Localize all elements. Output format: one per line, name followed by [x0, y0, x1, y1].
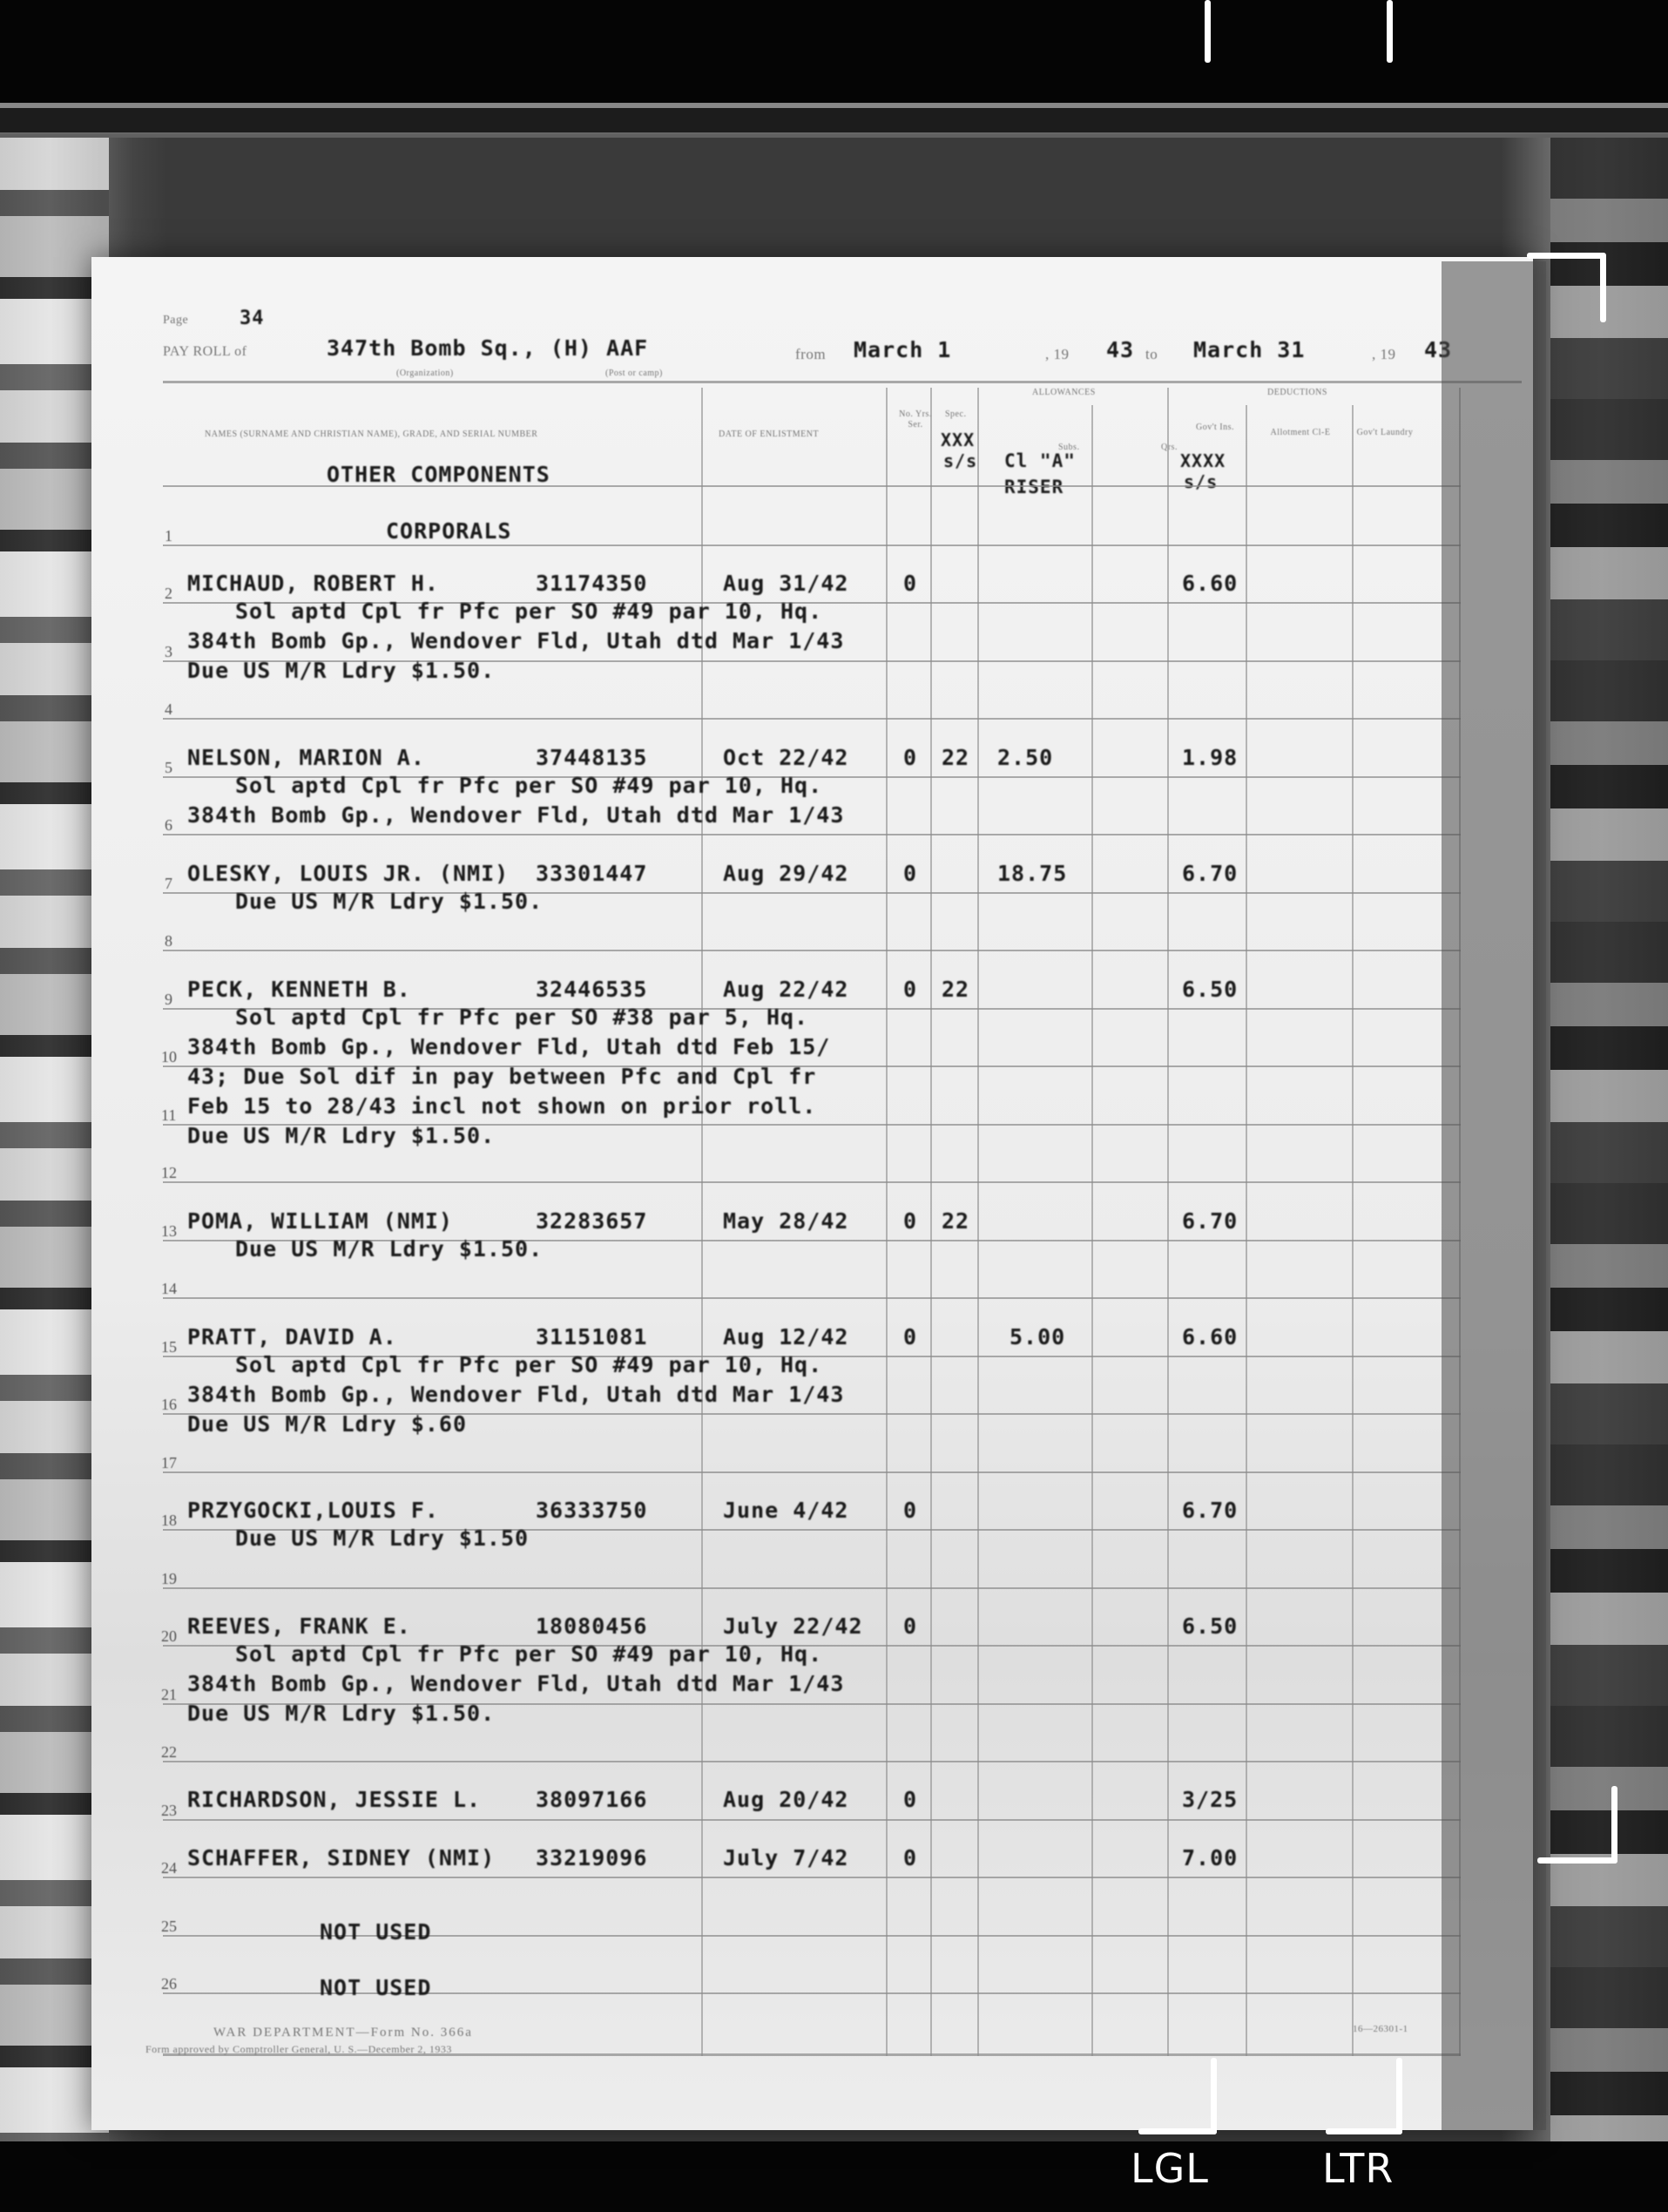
film-edge-line [0, 132, 1668, 138]
entry-remark: Due US M/R Ldry $1.50 [235, 1525, 529, 1551]
row-number: 4 [165, 700, 172, 719]
entry-ins: 6.70 [1182, 1498, 1238, 1523]
organization: 347th Bomb Sq., (H) AAF [327, 335, 648, 361]
grid-line [163, 1877, 1461, 1878]
ltr-bracket [1326, 2128, 1402, 2134]
entry-name: RICHARDSON, JESSIE L. [187, 1787, 481, 1812]
row-number: 11 [161, 1106, 176, 1125]
entry-serial: 36333750 [536, 1498, 647, 1523]
col-yrs-header: No. Yrs. Ser. [898, 409, 933, 430]
row-number: 16 [161, 1396, 177, 1414]
section-title: OTHER COMPONENTS [327, 462, 550, 487]
col-enlistment-header: DATE OF ENLISTMENT [719, 430, 819, 439]
post-sublabel: (Post or camp) [605, 369, 663, 378]
entry-ins: 3/25 [1182, 1787, 1238, 1812]
entry-subs: 5.00 [1010, 1324, 1065, 1350]
row-number: 23 [161, 1802, 177, 1820]
entry-remark: 384th Bomb Gp., Wendover Fld, Utah dtd F… [187, 1034, 830, 1059]
deductions-header: DEDUCTIONS [1267, 388, 1327, 397]
entry-name: PECK, KENNETH B. [187, 977, 411, 1002]
row-number: 13 [161, 1222, 177, 1241]
ltr-top-tick [1387, 0, 1393, 63]
entry-enlisted: Aug 22/42 [723, 977, 848, 1002]
crop-mark-top-right [1527, 253, 1605, 259]
entry-name: POMA, WILLIAM (NMI) [187, 1208, 453, 1234]
entry-enlisted: Aug 29/42 [723, 861, 848, 886]
lgl-bracket [1138, 2128, 1217, 2134]
entry-serial: 31174350 [536, 571, 647, 596]
entry-ins: 6.50 [1182, 977, 1238, 1002]
film-bottom-border [0, 2141, 1668, 2212]
entry-name: REEVES, FRANK E. [187, 1613, 411, 1639]
grid-line [163, 1587, 1461, 1589]
entry-remark: Sol aptd Cpl fr Pfc per SO #49 par 10, H… [235, 1641, 822, 1667]
entry-serial: 32446535 [536, 977, 647, 1002]
entry-enlisted: May 28/42 [723, 1208, 848, 1234]
grid-line [1167, 388, 1169, 2056]
grid-line [1246, 405, 1247, 2056]
row-number: 21 [161, 1686, 177, 1704]
col-qrs-header: Qrs. [1161, 443, 1178, 452]
entry-remark: Sol aptd Cpl fr Pfc per SO #49 par 10, H… [235, 599, 822, 624]
entry-enlisted: Aug 31/42 [723, 571, 848, 596]
grid-line [163, 1761, 1461, 1762]
entry-remark: Due US M/R Ldry $1.50. [187, 1123, 495, 1148]
film-right-edge [1550, 138, 1668, 2141]
entry-enlisted: Oct 22/42 [723, 745, 848, 770]
entry-name: OLESKY, LOUIS JR. (NMI) [187, 861, 509, 886]
entry-name: PRATT, DAVID A. [187, 1324, 397, 1350]
section-subtitle: CORPORALS [386, 518, 511, 544]
entry-name: SCHAFFER, SIDNEY (NMI) [187, 1845, 495, 1870]
entry-yrs: 0 [903, 1324, 917, 1350]
row-number: 10 [161, 1048, 177, 1066]
film-top-border [0, 0, 1668, 105]
entry-serial: 37448135 [536, 745, 647, 770]
entry-ins: 6.60 [1182, 571, 1238, 596]
entry-remark: Sol aptd Cpl fr Pfc per SO #49 par 10, H… [235, 1352, 822, 1377]
row-number: 24 [161, 1859, 177, 1877]
not-used-row-25: NOT USED [320, 1919, 431, 1945]
row-number: 9 [165, 991, 172, 1009]
entry-enlisted: Aug 12/42 [723, 1324, 848, 1350]
year-prefix-to: , 19 [1372, 346, 1396, 363]
entry-yrs: 0 [903, 1787, 917, 1812]
from-date: March 1 [854, 337, 951, 362]
entry-serial: 38097166 [536, 1787, 647, 1812]
entry-name: MICHAUD, ROBERT H. [187, 571, 439, 596]
form-approval: Form approved by Comptroller General, U.… [145, 2043, 452, 2056]
row-number: 7 [165, 875, 172, 893]
entry-ins: 6.70 [1182, 1208, 1238, 1234]
paper-right-shadow [1442, 261, 1546, 2130]
grid-line [1091, 405, 1093, 2056]
entry-yrs: 0 [903, 1498, 917, 1523]
entry-ins: 1.98 [1182, 745, 1238, 770]
entry-serial: 33219096 [536, 1845, 647, 1870]
entry-yrs: 0 [903, 977, 917, 1002]
entry-spec: 22 [942, 745, 969, 770]
entry-yrs: 0 [903, 861, 917, 886]
entry-remark: Sol aptd Cpl fr Pfc per SO #49 par 10, H… [235, 773, 822, 798]
entry-yrs: 0 [903, 571, 917, 596]
entry-ins: 7.00 [1182, 1845, 1238, 1870]
row-number: 20 [161, 1627, 177, 1646]
grid-line [977, 388, 979, 2056]
row-number: 15 [161, 1338, 177, 1356]
entry-remark: 384th Bomb Gp., Wendover Fld, Utah dtd M… [187, 1671, 844, 1696]
entry-remark: 384th Bomb Gp., Wendover Fld, Utah dtd M… [187, 802, 844, 828]
entry-enlisted: July 7/42 [723, 1845, 848, 1870]
entry-serial: 18080456 [536, 1613, 647, 1639]
row-number: 12 [161, 1164, 177, 1182]
org-sublabel: (Organization) [396, 369, 454, 378]
row-number: 17 [161, 1454, 177, 1472]
col-ins-typed: XXXX [1180, 450, 1226, 471]
row-number: 3 [165, 643, 172, 661]
film-dark-strip [0, 108, 1668, 134]
grid-line [163, 485, 1461, 487]
lgl-top-tick [1205, 0, 1211, 63]
col-ins-typed-2: s/s [1184, 471, 1218, 492]
row-number: 5 [165, 759, 172, 777]
page-label: Page [163, 314, 188, 328]
grid-line [1352, 405, 1354, 2056]
entry-yrs: 0 [903, 1613, 917, 1639]
payroll-sheet: Page 34 PAY ROLL of 347th Bomb Sq., (H) … [91, 257, 1533, 2130]
entry-serial: 32283657 [536, 1208, 647, 1234]
col-spec-typed: XXX [941, 430, 975, 450]
col-subs-typed: Cl "A" [1004, 450, 1076, 471]
row-number: 22 [161, 1743, 177, 1762]
col-ins-header: Gov't Ins. [1185, 423, 1246, 433]
col-allotment-header: Allotment Cl-E [1266, 428, 1335, 438]
form-title: WAR DEPARTMENT—Form No. 366a [213, 2026, 473, 2040]
entry-ins: 6.70 [1182, 861, 1238, 886]
from-label: from [795, 346, 826, 363]
entry-remark: Due US M/R Ldry $1.50. [187, 658, 495, 683]
to-label: to [1145, 346, 1158, 363]
row-number: 18 [161, 1512, 177, 1530]
entry-serial: 33301447 [536, 861, 647, 886]
entry-yrs: 0 [903, 1845, 917, 1870]
entry-enlisted: Aug 20/42 [723, 1787, 848, 1812]
col-spec-typed-2: s/s [943, 450, 977, 471]
entry-remark: Sol aptd Cpl fr Pfc per SO #38 par 5, Hq… [235, 1005, 808, 1030]
payroll-label: PAY ROLL of [163, 344, 246, 360]
entry-spec: 22 [942, 977, 969, 1002]
entry-name: PRZYGOCKI,LOUIS F. [187, 1498, 439, 1523]
header-rule [163, 381, 1522, 383]
row-number: 19 [161, 1570, 177, 1588]
grid-line [163, 1297, 1461, 1299]
col-names-header: NAMES (SURNAME AND CHRISTIAN NAME), GRAD… [205, 430, 537, 439]
entry-subs: 18.75 [997, 861, 1067, 886]
row-number: 8 [165, 932, 172, 950]
crop-mark-top-right [1600, 253, 1606, 322]
grid-line [163, 1181, 1461, 1183]
lgl-bracket [1211, 2058, 1217, 2134]
ltr-bracket [1396, 2058, 1402, 2134]
entry-yrs: 0 [903, 1208, 917, 1234]
row-number: 26 [161, 1975, 177, 1993]
col-spec-header: Spec. [945, 409, 966, 419]
entry-remark: Due US M/R Ldry $1.50. [235, 1236, 543, 1262]
form-code: 16—26301-1 [1353, 2024, 1408, 2034]
grid-line [163, 950, 1461, 951]
entry-yrs: 0 [903, 745, 917, 770]
row-number: 25 [161, 1918, 177, 1936]
grid-line [163, 718, 1461, 720]
entry-remark: Due US M/R Ldry $.60 [187, 1411, 467, 1437]
entry-remark: 384th Bomb Gp., Wendover Fld, Utah dtd M… [187, 628, 844, 653]
crop-mark-bottom-right [1611, 1786, 1617, 1864]
row-number: 14 [161, 1280, 177, 1298]
entry-spec: 22 [942, 1208, 969, 1234]
allowances-header: ALLOWANCES [1032, 388, 1096, 397]
grid-line [163, 1471, 1461, 1473]
entry-remark: Due US M/R Ldry $1.50. [235, 889, 543, 914]
grid-line [163, 1819, 1461, 1821]
entry-ins: 6.60 [1182, 1324, 1238, 1350]
entry-serial: 31151081 [536, 1324, 647, 1350]
from-year: 43 [1106, 337, 1134, 362]
lgl-label: LGL [1131, 2145, 1209, 2192]
entry-ins: 6.50 [1182, 1613, 1238, 1639]
entry-remark: Feb 15 to 28/43 incl not shown on prior … [187, 1093, 816, 1119]
entry-enlisted: June 4/42 [723, 1498, 848, 1523]
ltr-label: LTR [1322, 2145, 1394, 2192]
grid-line [886, 388, 888, 2056]
crop-mark-bottom-right [1537, 1857, 1617, 1864]
entry-name: NELSON, MARION A. [187, 745, 425, 770]
grid-line [163, 545, 1461, 546]
page-number: 34 [240, 308, 265, 329]
to-date: March 31 [1193, 337, 1305, 362]
grid-line [930, 388, 932, 2056]
col-laundry-header: Gov't Laundry [1354, 428, 1415, 438]
not-used-row-26: NOT USED [320, 1975, 431, 2000]
row-number: 6 [165, 816, 172, 835]
row-number: 2 [165, 585, 172, 603]
entry-remark: 43; Due Sol dif in pay between Pfc and C… [187, 1064, 816, 1089]
year-prefix-from: , 19 [1045, 346, 1070, 363]
entry-subs: 2.50 [997, 745, 1053, 770]
entry-remark: 384th Bomb Gp., Wendover Fld, Utah dtd M… [187, 1382, 844, 1407]
grid-line [163, 834, 1461, 835]
col-subs-typed-2: RISER [1004, 477, 1064, 497]
entry-enlisted: July 22/42 [723, 1613, 863, 1639]
entry-remark: Due US M/R Ldry $1.50. [187, 1701, 495, 1726]
row-number: 1 [165, 527, 172, 545]
